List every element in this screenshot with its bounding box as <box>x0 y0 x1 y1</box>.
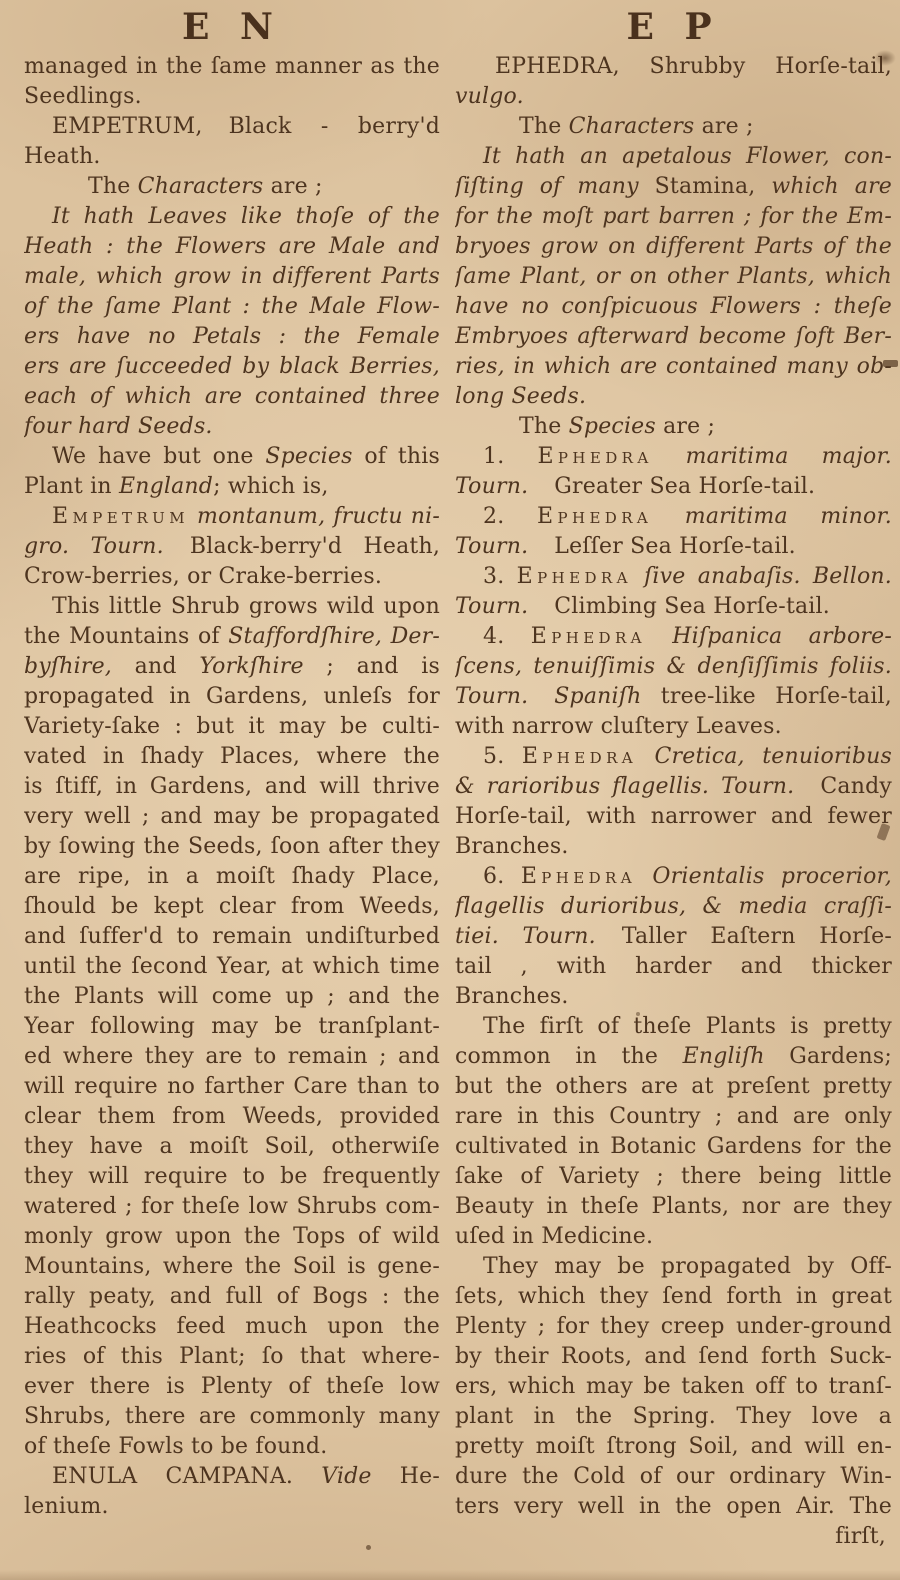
text-segment <box>632 564 644 589</box>
text-segment: It hath Leaves like thoſe of the <box>52 204 440 229</box>
paragraph: firſt, <box>455 1522 892 1552</box>
text-line: of theſe Fowls to be found. <box>24 1432 440 1462</box>
text-segment: Species <box>569 414 656 439</box>
text-segment: vated in ſhady Places, where the Soil <box>24 744 440 772</box>
text-line: the Mountains of Staffordſhire, Der- <box>24 622 440 652</box>
text-segment: are ; <box>656 414 715 439</box>
text-line: tiei. Tourn.Taller Eaſtern Horſe- <box>455 922 892 952</box>
text-segment: four hard Seeds. <box>24 414 213 439</box>
text-segment: are ; <box>694 114 753 139</box>
text-segment: the Plants will come up ; and the <box>24 984 440 1009</box>
text-segment: tiei. Tourn. <box>455 924 596 949</box>
text-line: vated in ſhady Places, where the Soil <box>24 742 440 772</box>
text-line: cultivated in Botanic Gardens for the <box>455 1132 892 1162</box>
text-line: managed in the ſame manner as the <box>24 52 440 82</box>
text-line: very well ; and may be propagated <box>24 802 440 832</box>
paragraph: The Species are ; <box>455 412 892 442</box>
paragraph: 2. Ephedra maritima minor.Tourn.Leſſer S… <box>455 502 892 562</box>
running-header-right: E P <box>455 6 892 48</box>
text-line: will require no farther Care than to <box>24 1072 440 1102</box>
text-segment: ſhould be kept clear from Weeds, <box>24 894 440 919</box>
text-line: Tourn.Leſſer Sea Horſe-tail. <box>455 532 892 562</box>
book-page-scan: E N E P managed in the ſame manner as th… <box>0 0 900 1580</box>
text-segment: Year following may be tranſplant- <box>24 1014 440 1039</box>
text-line: ries of this Plant; ſo that where- <box>24 1342 440 1372</box>
text-segment: watered ; for theſe low Shrubs com- <box>24 1194 440 1219</box>
text-line: ſhould be kept clear from Weeds, <box>24 892 440 922</box>
text-segment: gro. Tourn. <box>24 534 164 559</box>
text-segment: firſt, <box>835 1524 886 1549</box>
text-segment: ed where they are to remain ; and <box>24 1044 440 1069</box>
text-segment: maritima minor. <box>685 504 892 529</box>
text-line: They may be propagated by Off- <box>455 1252 892 1282</box>
paragraph: The firſt of theſe Plants is prettycommo… <box>455 1012 892 1252</box>
text-segment: of theſe Fowls to be found. <box>24 1434 327 1459</box>
text-segment: byſhire, <box>24 654 112 679</box>
text-line: Heathcocks feed much upon the Ber- <box>24 1312 440 1342</box>
paragraph: It hath an apetalous Flower, con-ſiſting… <box>455 142 892 412</box>
text-segment: ENULA CAMPANA. <box>52 1464 321 1489</box>
text-segment: which are <box>755 174 892 199</box>
paragraph: managed in the ſame manner as theSeedlin… <box>24 52 440 112</box>
text-segment: dure the Cold of our ordinary Win- <box>455 1464 892 1489</box>
text-segment: This little Shrub grows wild upon <box>52 594 440 619</box>
text-segment: uſed in Medicine. <box>455 1224 653 1249</box>
text-line: The Characters are ; <box>24 172 440 202</box>
text-line: ſets, which they ſend forth in great <box>455 1282 892 1312</box>
text-segment: Ephedra <box>537 444 652 469</box>
text-segment: Tourn. <box>455 684 528 709</box>
text-segment: Heath : the Flowers are Male and Fe- <box>24 234 440 262</box>
text-segment: rally peaty, and full of Bogs : the <box>24 1284 440 1309</box>
text-line: Plenty ; for they creep under-ground <box>455 1312 892 1342</box>
text-segment: have no conſpicuous Flowers : theſe <box>455 294 892 319</box>
text-segment: clear them from Weeds, provided <box>24 1104 440 1129</box>
text-segment: Characters <box>138 174 264 199</box>
text-segment: Climbing Sea Horſe-tail. <box>528 594 830 619</box>
text-line: ſiſting of many Stamina, which are <box>455 172 892 202</box>
text-segment: ever there is Plenty of theſe low <box>24 1374 440 1399</box>
text-line: It hath Leaves like thoſe of the <box>24 202 440 232</box>
text-segment: of the ſame Plant : the Male Flow- <box>24 294 440 319</box>
text-line: plant in the Spring. They love a <box>455 1402 892 1432</box>
text-segment: plant in the Spring. They love a <box>455 1404 892 1429</box>
text-segment: is ſtiff, in Gardens, and will thrive <box>24 774 440 799</box>
text-line: dure the Cold of our ordinary Win- <box>455 1462 892 1492</box>
text-segment: rare in this Country ; and are only <box>455 1104 892 1129</box>
text-segment: We have but one <box>52 444 265 469</box>
text-line: Branches. <box>455 832 892 862</box>
text-line: Heath : the Flowers are Male and Fe- <box>24 232 440 262</box>
text-segment: The firſt of theſe Plants is pretty <box>483 1014 892 1039</box>
text-line: Plant in England; which is, <box>24 472 440 502</box>
text-line: Heath. <box>24 142 440 172</box>
text-line: 2. Ephedra maritima minor. <box>455 502 892 532</box>
text-line: EPHEDRA, Shrubby Horſe-tail, <box>455 52 892 82</box>
text-line: for the moſt part barren ; for the Em- <box>455 202 892 232</box>
text-segment: ers have no Petals : the Female Flow- <box>24 324 440 352</box>
text-line: male, which grow in different Parts <box>24 262 440 292</box>
text-segment: but the others are at preſent pretty <box>455 1074 892 1099</box>
text-segment <box>652 504 685 529</box>
text-segment: propagated in Gardens, unleſs for <box>24 684 440 709</box>
text-segment: Hiſpanica arbore- <box>672 624 892 649</box>
text-segment: Ephedra <box>531 624 646 649</box>
text-segment: Variety-ſake : but it may be culti- <box>24 714 440 739</box>
text-segment <box>653 444 686 469</box>
text-segment: ries, in which are contained many ob- <box>455 354 892 379</box>
text-segment: Plant in <box>24 474 119 499</box>
text-segment: tail , with harder and thicker <box>455 954 892 979</box>
text-segment: until the ſecond Year, at which time <box>24 954 440 979</box>
text-line: ever there is Plenty of theſe low <box>24 1372 440 1402</box>
text-segment: monly grow upon the Tops of wild <box>24 1224 440 1249</box>
text-segment: The <box>88 174 138 199</box>
text-segment: ; which is, <box>213 474 328 499</box>
text-line: ers have no Petals : the Female Flow- <box>24 322 440 352</box>
text-segment: vulgo. <box>455 84 524 109</box>
text-line: The firſt of theſe Plants is pretty <box>455 1012 892 1042</box>
text-line: ed where they are to remain ; and <box>24 1042 440 1072</box>
text-line: firſt, <box>455 1522 892 1552</box>
text-line: they have a moiſt Soil, otherwiſe <box>24 1132 440 1162</box>
text-segment: Staffordſhire, Der- <box>228 624 440 649</box>
text-line: common in the Engliſh Gardens; <box>455 1042 892 1072</box>
text-segment: England <box>119 474 213 499</box>
text-segment: Tourn. <box>455 534 528 559</box>
paragraph: The Characters are ; <box>455 112 892 142</box>
paragraph: 3. Ephedra ſive anabaſis. Bellon.Tourn.C… <box>455 562 892 622</box>
text-line: each of which are contained three or <box>24 382 440 412</box>
text-segment: Black - berry'd <box>203 114 440 139</box>
text-segment: tree-like Horſe-tail, <box>641 684 892 709</box>
text-line: with narrow cluſtery Leaves. <box>455 712 892 742</box>
text-segment: Heath. <box>24 144 101 169</box>
text-segment: they have a moiſt Soil, otherwiſe <box>24 1134 440 1159</box>
text-line: pretty moiſt ſtrong Soil, and will en- <box>455 1432 892 1462</box>
text-line: Mountains, where the Soil is gene- <box>24 1252 440 1282</box>
text-segment: 3. <box>483 564 517 589</box>
text-line: This little Shrub grows wild upon <box>24 592 440 622</box>
text-line: Empetrum montanum, fructu ni- <box>24 502 440 532</box>
text-segment: long Seeds. <box>455 384 586 409</box>
paragraph: The Characters are ; <box>24 172 440 202</box>
text-segment: Orientalis procerior, <box>652 864 892 889</box>
text-segment: ers, which may be taken off to tranſ- <box>455 1374 892 1399</box>
text-line: Tourn.Greater Sea Horſe-tail. <box>455 472 892 502</box>
text-segment: Stamina, <box>655 174 756 199</box>
text-column-left: managed in the ſame manner as theSeedlin… <box>24 52 440 1522</box>
text-line: the Plants will come up ; and the <box>24 982 440 1012</box>
text-segment: Spaniſh <box>528 684 641 709</box>
text-line: clear them from Weeds, provided <box>24 1102 440 1132</box>
text-segment: Empetrum <box>52 504 189 529</box>
text-line: have no conſpicuous Flowers : theſe <box>455 292 892 322</box>
text-segment: & rarioribus flagellis. Tourn. <box>455 774 794 799</box>
text-line: Tourn.Climbing Sea Horſe-tail. <box>455 592 892 622</box>
text-line: 4. Ephedra Hiſpanica arbore- <box>455 622 892 652</box>
text-line: Branches. <box>455 982 892 1012</box>
text-segment: 6. <box>483 864 521 889</box>
text-segment: Ephedra <box>521 864 636 889</box>
text-line: tail , with harder and thicker <box>455 952 892 982</box>
text-line: lenium. <box>24 1492 440 1522</box>
text-segment: cultivated in Botanic Gardens for the <box>455 1134 892 1159</box>
paragraph: 5. Ephedra Cretica, tenuioribus& rariori… <box>455 742 892 862</box>
text-segment: Engliſh <box>683 1044 765 1069</box>
text-line: Seedlings. <box>24 82 440 112</box>
text-line: of the ſame Plant : the Male Flow- <box>24 292 440 322</box>
text-segment: with narrow cluſtery Leaves. <box>455 714 782 739</box>
text-segment: He- <box>372 1464 440 1489</box>
text-line: & rarioribus flagellis. Tourn.Candy <box>455 772 892 802</box>
text-line: ters very well in the open Air. The <box>455 1492 892 1522</box>
text-segment: Ephedra <box>517 564 632 589</box>
paragraph: They may be propagated by Off-ſets, whic… <box>455 1252 892 1522</box>
paragraph: ENULA CAMPANA. Vide He-lenium. <box>24 1462 440 1522</box>
text-segment: bryoes grow on different Parts of the <box>455 234 892 259</box>
text-segment: Tourn. <box>455 594 528 619</box>
paragraph: 4. Ephedra Hiſpanica arbore-ſcens, tenui… <box>455 622 892 742</box>
text-segment: 5. <box>483 744 522 769</box>
text-segment: Heathcocks feed much upon the Ber- <box>24 1314 440 1342</box>
text-line: Horſe-tail, with narrower and fewer <box>455 802 892 832</box>
text-line: propagated in Gardens, unleſs for <box>24 682 440 712</box>
text-segment: Seedlings. <box>24 84 142 109</box>
text-line: 1. Ephedra maritima major. <box>455 442 892 472</box>
text-segment: Gardens; <box>765 1044 892 1069</box>
text-line: The Species are ; <box>455 412 892 442</box>
text-segment: Embryoes afterward become ſoft Ber- <box>455 324 892 349</box>
text-segment <box>189 504 197 529</box>
text-line: uſed in Medicine. <box>455 1222 892 1252</box>
text-segment: Ephedra <box>522 744 637 769</box>
text-line: It hath an apetalous Flower, con- <box>455 142 892 172</box>
text-line: four hard Seeds. <box>24 412 440 442</box>
text-segment: Branches. <box>455 984 569 1009</box>
text-segment: Horſe-tail, with narrower and fewer <box>455 804 892 829</box>
text-segment: Tourn. <box>455 474 528 499</box>
text-segment: Candy <box>794 774 892 799</box>
text-line: and ſuffer'd to remain undiſturbed <box>24 922 440 952</box>
text-segment: and ſuffer'd to remain undiſturbed <box>24 924 440 949</box>
text-line: ries, in which are contained many ob- <box>455 352 892 382</box>
text-segment <box>636 864 652 889</box>
text-segment: It hath an apetalous Flower, con- <box>483 144 892 169</box>
text-line: ſake of Variety ; there being little <box>455 1162 892 1192</box>
text-line: Embryoes afterward become ſoft Ber- <box>455 322 892 352</box>
text-segment: pretty moiſt ſtrong Soil, and will en- <box>455 1434 892 1459</box>
text-line: byſhire, and Yorkſhire ; and is ſeldom <box>24 652 440 682</box>
text-segment: Taller Eaſtern Horſe- <box>596 924 892 949</box>
text-segment: managed in the ſame manner as the <box>24 54 440 79</box>
text-segment: ſive anabaſis. Bellon. <box>644 564 892 589</box>
paragraph: This little Shrub grows wild uponthe Mou… <box>24 592 440 1462</box>
text-line: by their Roots, and ſend forth Suck- <box>455 1342 892 1372</box>
text-line: 5. Ephedra Cretica, tenuioribus <box>455 742 892 772</box>
text-line: rally peaty, and full of Bogs : the <box>24 1282 440 1312</box>
text-segment: Beauty in theſe Plants, nor are they <box>455 1194 892 1219</box>
text-segment: they will require to be frequently <box>24 1164 440 1189</box>
text-segment: ers are ſucceeded by black Berries, in <box>24 354 440 382</box>
text-line: vulgo. <box>455 82 892 112</box>
text-line: rare in this Country ; and are only <box>455 1102 892 1132</box>
text-line: bryoes grow on different Parts of the <box>455 232 892 262</box>
text-line: by ſowing the Seeds, ſoon after they <box>24 832 440 862</box>
text-line: ENULA CAMPANA. Vide He- <box>24 1462 440 1492</box>
text-line: watered ; for theſe low Shrubs com- <box>24 1192 440 1222</box>
text-line: ers, which may be taken off to tranſ- <box>455 1372 892 1402</box>
text-segment: The <box>519 414 569 439</box>
text-segment: by ſowing the Seeds, ſoon after they <box>24 834 440 859</box>
text-segment: montanum, fructu ni- <box>197 504 440 529</box>
text-segment: for the moſt part barren ; for the Em- <box>455 204 892 229</box>
text-segment: ries of this Plant; ſo that where- <box>24 1344 440 1369</box>
ink-speck <box>366 1545 371 1550</box>
text-segment: Greater Sea Horſe-tail. <box>528 474 815 499</box>
text-segment: ſiſting of many <box>455 174 655 199</box>
text-line: they will require to be frequently <box>24 1162 440 1192</box>
text-segment: EMPETRUM, <box>52 114 203 139</box>
text-line: ſcens, tenuiſſimis & denſiſſimis foliis. <box>455 652 892 682</box>
paragraph: Empetrum montanum, fructu ni-gro. Tourn.… <box>24 502 440 592</box>
text-segment <box>646 624 672 649</box>
text-line: Shrubs, there are commonly many <box>24 1402 440 1432</box>
text-segment: Plenty ; for they creep under-ground <box>455 1314 892 1339</box>
text-segment: and <box>112 654 199 679</box>
paragraph: It hath Leaves like thoſe of theHeath : … <box>24 202 440 442</box>
text-segment: 1. <box>483 444 537 469</box>
text-segment: lenium. <box>24 1494 109 1519</box>
text-segment: common in the <box>455 1044 683 1069</box>
running-header-left: E N <box>24 6 440 48</box>
text-line: until the ſecond Year, at which time <box>24 952 440 982</box>
text-segment: ſets, which they ſend forth in great <box>455 1284 892 1309</box>
text-line: Variety-ſake : but it may be culti- <box>24 712 440 742</box>
text-segment: flagellis durioribus, & media craſſi- <box>455 894 892 919</box>
text-line: gro. Tourn.Black-berry'd Heath, <box>24 532 440 562</box>
text-line: ers are ſucceeded by black Berries, in <box>24 352 440 382</box>
text-line: monly grow upon the Tops of wild <box>24 1222 440 1252</box>
text-line: are ripe, in a moiſt ſhady Place, which <box>24 862 440 892</box>
text-segment: Black-berry'd Heath, <box>164 534 440 559</box>
text-segment: Mountains, where the Soil is gene- <box>24 1254 440 1279</box>
text-line: flagellis durioribus, & media craſſi- <box>455 892 892 922</box>
text-segment: Leſſer Sea Horſe-tail. <box>528 534 796 559</box>
text-line: but the others are at preſent pretty <box>455 1072 892 1102</box>
text-line: EMPETRUM,Black - berry'd <box>24 112 440 142</box>
text-segment: Shrubs, there are commonly many <box>24 1404 440 1429</box>
text-line: Tourn.Spaniſh tree-like Horſe-tail, <box>455 682 892 712</box>
text-segment: maritima major. <box>686 444 892 469</box>
text-segment: ſake of Variety ; there being little <box>455 1164 892 1189</box>
text-segment: Characters <box>569 114 695 139</box>
text-segment: of this <box>353 444 440 469</box>
paragraph: EMPETRUM,Black - berry'dHeath. <box>24 112 440 172</box>
text-segment: Crow-berries, or Crake-berries. <box>24 564 382 589</box>
text-segment: Yorkſhire <box>199 654 303 679</box>
text-segment: will require no farther Care than to <box>24 1074 440 1099</box>
text-line: is ſtiff, in Gardens, and will thrive <box>24 772 440 802</box>
text-column-right: EPHEDRA, Shrubby Horſe-tail,vulgo.The Ch… <box>455 52 892 1552</box>
text-segment: ſame Plant, or on other Plants, which <box>455 264 892 289</box>
text-line: 6. Ephedra Orientalis procerior, <box>455 862 892 892</box>
text-line: The Characters are ; <box>455 112 892 142</box>
paragraph: We have but one Species of thisPlant in … <box>24 442 440 502</box>
text-line: 3. Ephedra ſive anabaſis. Bellon. <box>455 562 892 592</box>
text-segment: very well ; and may be propagated <box>24 804 440 829</box>
paragraph: 6. Ephedra Orientalis procerior,flagelli… <box>455 862 892 1012</box>
text-segment: Cretica, tenuioribus <box>654 744 892 769</box>
text-segment: 2. <box>483 504 537 529</box>
text-segment: The <box>519 114 569 139</box>
paragraph: EPHEDRA, Shrubby Horſe-tail,vulgo. <box>455 52 892 112</box>
text-segment: ters very well in the open Air. The <box>455 1494 892 1519</box>
text-segment: ſcens, tenuiſſimis & denſiſſimis foliis. <box>455 654 892 679</box>
text-segment: are ripe, in a moiſt ſhady Place, which <box>24 864 440 892</box>
text-segment: Ephedra <box>537 504 652 529</box>
text-line: ſame Plant, or on other Plants, which <box>455 262 892 292</box>
text-line: We have but one Species of this <box>24 442 440 472</box>
text-segment: are ; <box>263 174 322 199</box>
text-segment: Vide <box>321 1464 371 1489</box>
text-line: Beauty in theſe Plants, nor are they <box>455 1192 892 1222</box>
paragraph: 1. Ephedra maritima major.Tourn.Greater … <box>455 442 892 502</box>
text-segment: EPHEDRA, Shrubby Horſe-tail, <box>495 54 892 79</box>
text-segment: 4. <box>483 624 531 649</box>
text-line: long Seeds. <box>455 382 892 412</box>
text-segment: male, which grow in different Parts <box>24 264 440 289</box>
text-segment: They may be propagated by Off- <box>483 1254 892 1279</box>
text-line: Year following may be tranſplant- <box>24 1012 440 1042</box>
text-segment: by their Roots, and ſend forth Suck- <box>455 1344 892 1369</box>
text-segment: Species <box>265 444 352 469</box>
text-segment: the Mountains of <box>24 624 228 649</box>
text-segment: each of which are contained three or <box>24 384 440 412</box>
text-segment: Branches. <box>455 834 569 859</box>
text-line: Crow-berries, or Crake-berries. <box>24 562 440 592</box>
text-segment <box>637 744 654 769</box>
